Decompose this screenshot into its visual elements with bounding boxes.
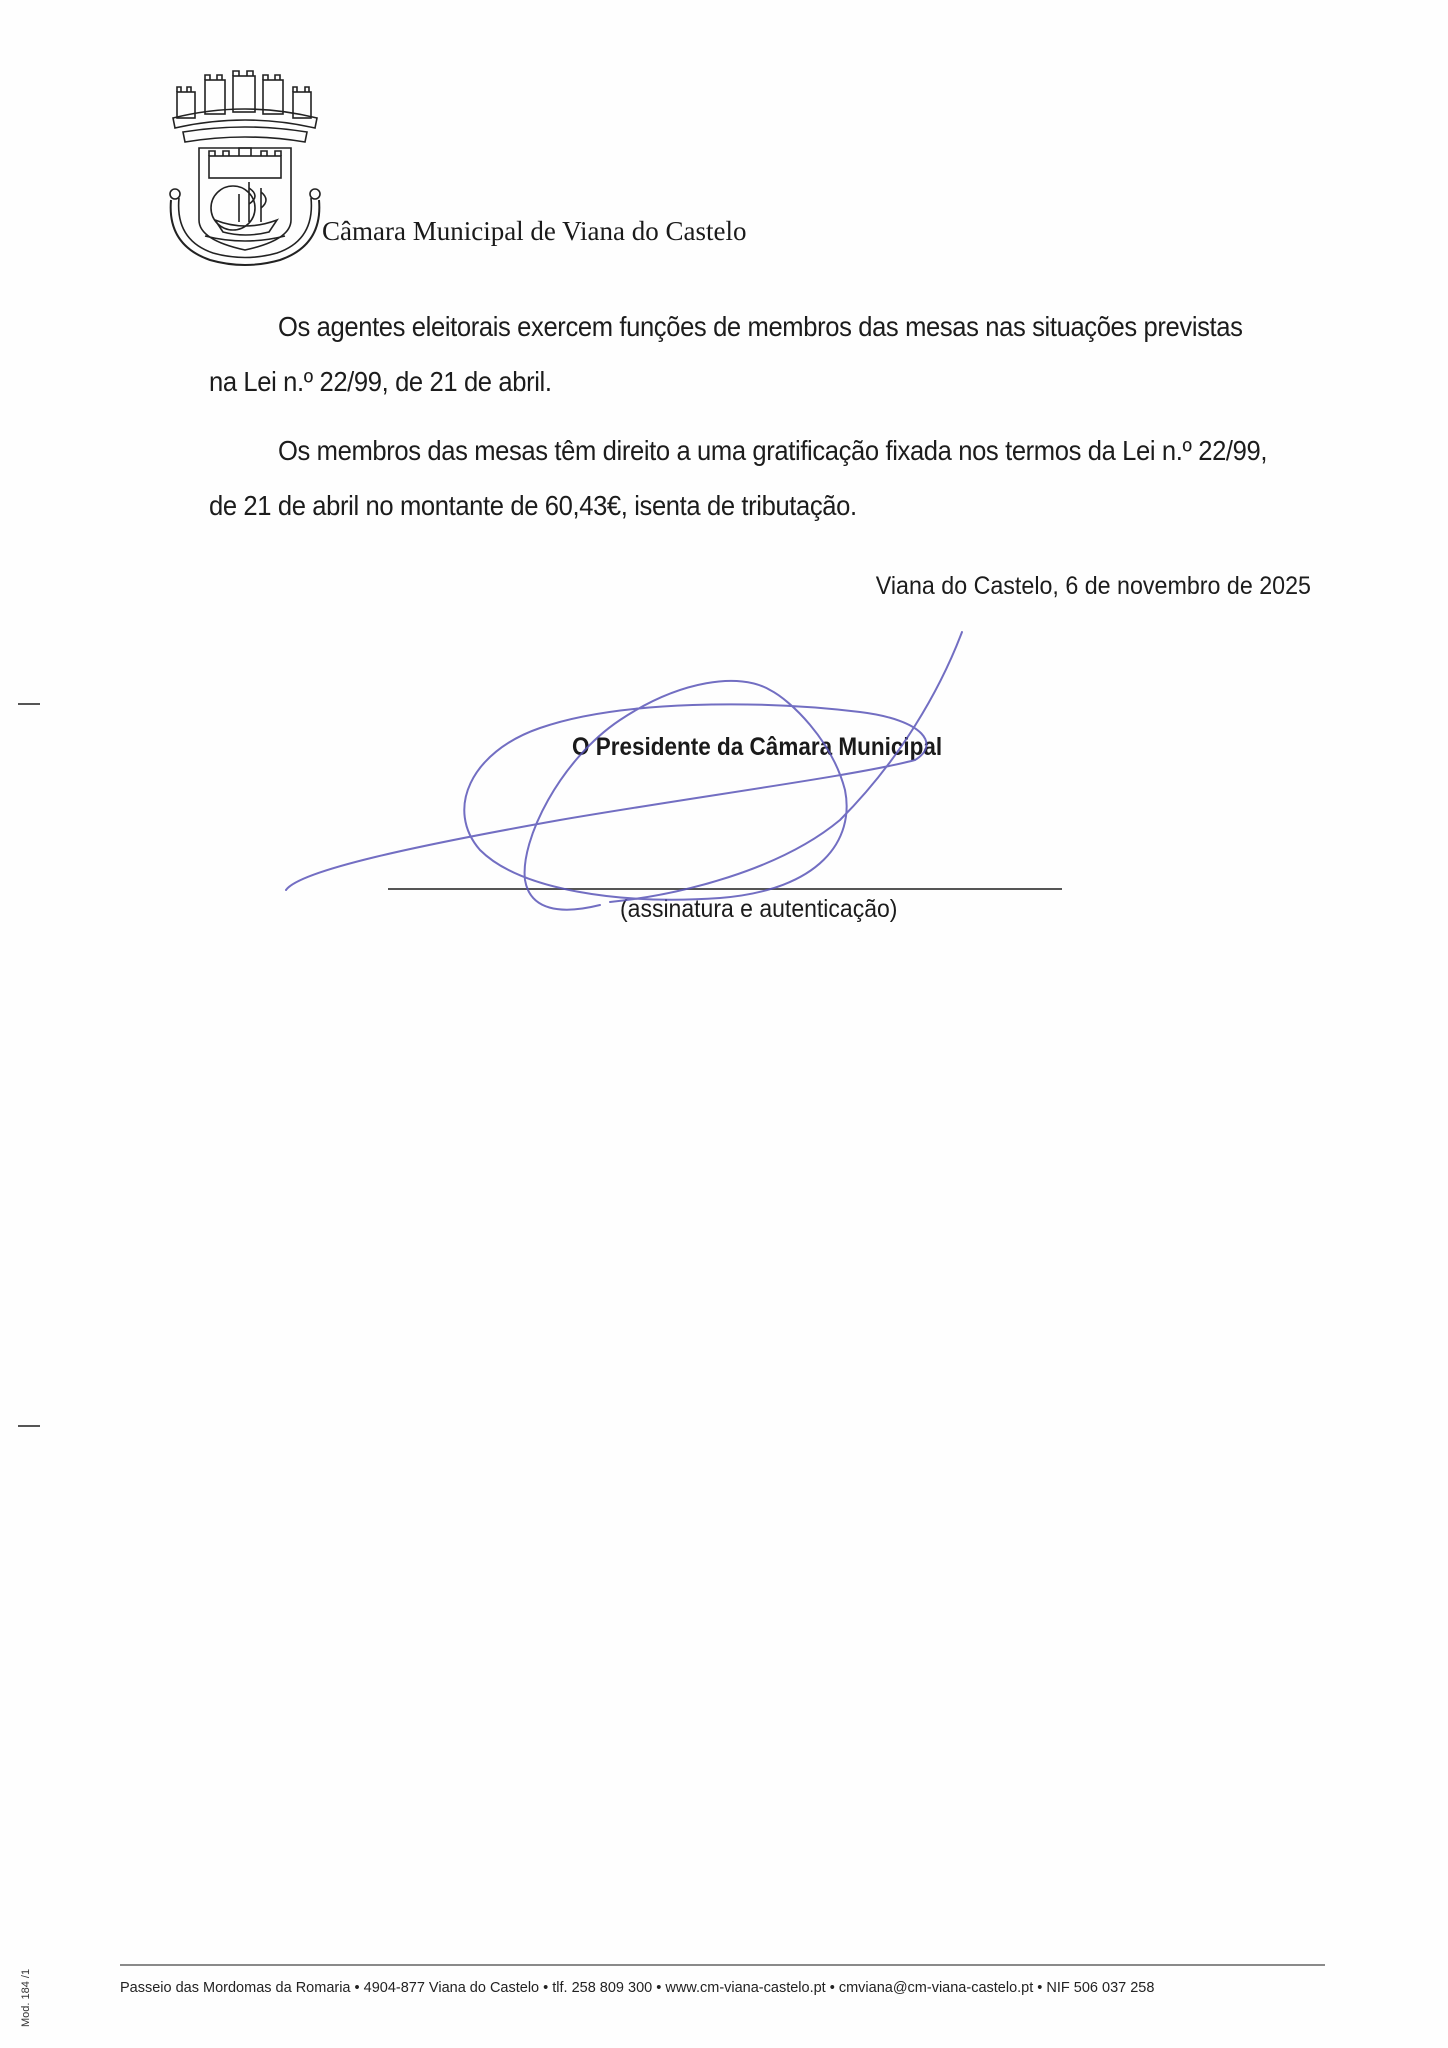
date-line: Viana do Castelo, 6 de novembro de 2025 [876, 572, 1311, 601]
handwritten-signature [0, 0, 1448, 2048]
paragraph-2-line-1: Os membros das mesas têm direito a uma g… [278, 435, 1303, 467]
document-page: Câmara Municipal de Viana do Castelo Os … [0, 0, 1448, 2048]
signature-line [388, 888, 1062, 890]
fold-mark [18, 703, 40, 705]
footer-contact-info: Passeio das Mordomas da Romaria • 4904-8… [120, 1980, 1154, 1996]
fold-mark [18, 1425, 40, 1427]
signatory-title: O Presidente da Câmara Municipal [572, 733, 942, 762]
paragraph-2-line-2: de 21 de abril no montante de 60,43€, is… [209, 490, 1234, 522]
organization-name: Câmara Municipal de Viana do Castelo [322, 216, 747, 247]
paragraph-1-line-1: Os agentes eleitorais exercem funções de… [278, 311, 1303, 343]
paragraph-1-line-2: na Lei n.º 22/99, de 21 de abril. [209, 366, 1234, 398]
signature-caption: (assinatura e autenticação) [620, 895, 897, 924]
municipal-coat-of-arms-icon [165, 70, 325, 270]
form-code: Mod. 184 /1 [20, 1969, 32, 2027]
footer-divider [120, 1964, 1325, 1966]
